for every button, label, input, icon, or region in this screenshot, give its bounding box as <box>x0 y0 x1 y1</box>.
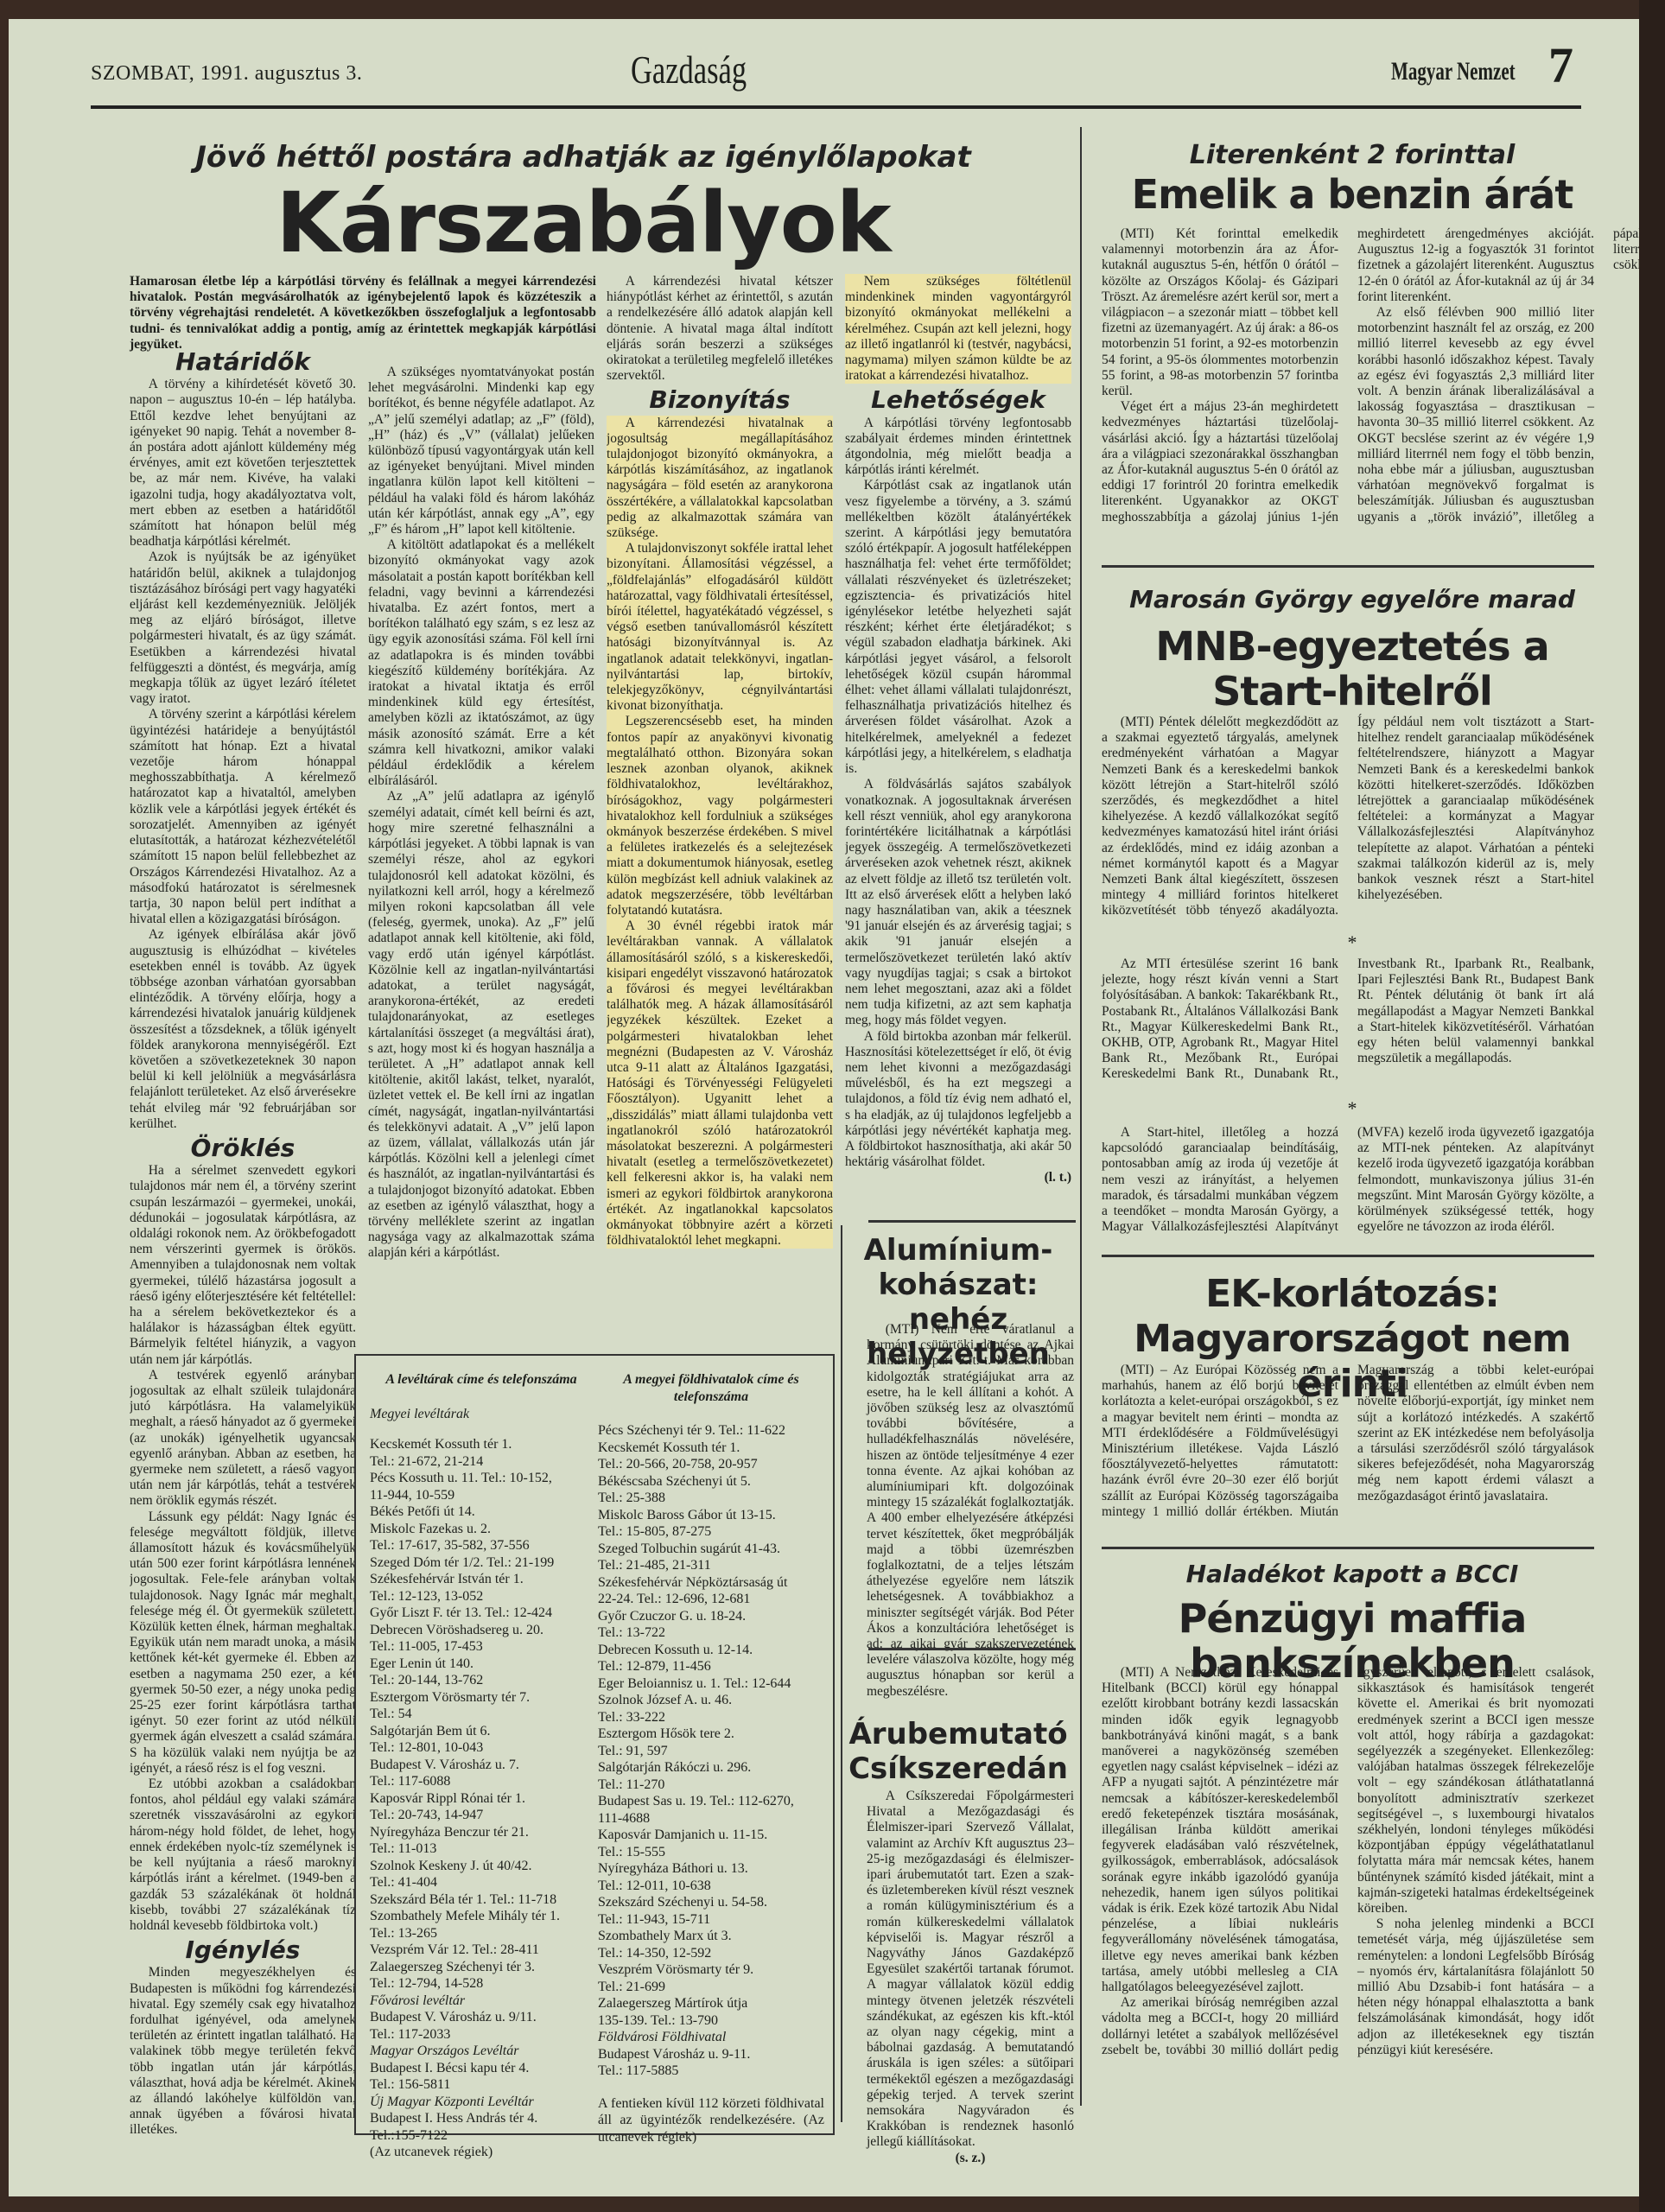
address-line: Tel.: 21-699 <box>598 1979 824 1996</box>
section-title: Gazdaság <box>631 47 747 92</box>
bcci-body: (MTI) A Nemzetközi Kereskedelmi és Hitel… <box>1102 1665 1594 2063</box>
address-line: Békéscsaba Széchenyi út 5. <box>598 1473 824 1491</box>
address-line: Tel.: 11-013 <box>370 1840 593 1858</box>
box-left-edge <box>841 1225 842 2122</box>
highlighted-paragraph: Legszerencsésebb eset, ha minden fontos … <box>607 714 833 918</box>
address-line: Tel.: 117-2033 <box>370 2026 593 2044</box>
address-line: Tel.: 12-879, 11-456 <box>598 1658 824 1675</box>
address-line: Tel.: 20-743, 14-947 <box>370 1807 593 1824</box>
signature: (l. t.) <box>845 1170 1071 1185</box>
address-line: Tel.:155-7122 <box>370 2127 593 2145</box>
address-line: Kecskemét Kossuth tér 1. <box>370 1436 593 1453</box>
address-line: Salgótarján Bem út 6. <box>370 1723 593 1740</box>
paragraph: Minden megyeszékhelyen és Budapesten is … <box>130 1965 356 2138</box>
article-divider <box>1102 1547 1594 1549</box>
address-line: Győr Liszt F. tér 13. Tel.: 12-424 <box>370 1605 593 1622</box>
land-offices-addresses: Pécs Széchenyi tér 9. Tel.: 11-622Kecske… <box>598 1422 824 2029</box>
land-offices-note: A fentieken kívül 112 körzeti földhivata… <box>598 2095 824 2146</box>
address-line: Kecskemét Kossuth tér 1. <box>598 1440 824 1457</box>
newspaper-page: SZOMBAT, 1991. augusztus 3. Gazdaság Mag… <box>9 19 1642 2196</box>
address-line: Kaposvár Damjanich u. 11-15. <box>598 1827 824 1844</box>
address-line: Szombathely Mefele Mihály tér 1. <box>370 1908 593 1925</box>
issue-date: SZOMBAT, 1991. augusztus 3. <box>91 62 362 86</box>
address-line: Pécs Széchenyi tér 9. Tel.: 11-622 <box>598 1422 824 1440</box>
paragraph: Lássunk egy példát: Nagy Ignác és felesé… <box>130 1510 356 1777</box>
address-line: 135-139. Tel.: 13-790 <box>598 2012 824 2030</box>
address-line: Szolnok József A. u. 46. <box>598 1692 824 1709</box>
land-offices-list: A megyei földhivatalok címe és telefonsz… <box>598 1371 824 2145</box>
address-line: Tel.: 11-270 <box>598 1777 824 1794</box>
highlighted-paragraph: A kárrendezési hivatalnak a jogosultság … <box>607 416 833 542</box>
address-line: Békés Petőfi út 14. <box>370 1503 593 1521</box>
address-line: Szeged Dóm tér 1/2. Tel.: 21-199 <box>370 1554 593 1572</box>
paragraph: A törvény a kihírdetését követő 30. napo… <box>130 377 356 550</box>
mnb-body-1: (MTI) Péntek délelőtt megkezdődött az a … <box>1102 715 1594 938</box>
address-line: Miskolc Baross Gábor út 13-15. <box>598 1507 824 1524</box>
address-line: Debrecen Kossuth u. 12-14. <box>598 1642 824 1659</box>
address-line: Szeged Tolbuchin sugárút 41-43. <box>598 1541 824 1558</box>
archives-subtitle: Megyei levéltárak <box>370 1406 593 1423</box>
address-line: Zalaegerszeg Széchenyi tér 3. <box>370 1959 593 1976</box>
address-line: Tel.: 91, 597 <box>598 1743 824 1760</box>
paragraph: Ha a sérelmet szenvedett egykori tulajdo… <box>130 1163 356 1368</box>
signature: (s. z.) <box>867 2151 1074 2166</box>
arubemutato-headline: Árubemutató Csíkszeredán <box>845 1717 1071 1786</box>
address-line: Tel.: 156-5811 <box>370 2076 593 2094</box>
address-line: Tel.: 20-144, 13-762 <box>370 1672 593 1689</box>
paragraph: A föld birtokba azonban már felkerül. Ha… <box>845 1029 1071 1171</box>
benzin-kicker: Literenként 2 forinttal <box>1093 140 1611 170</box>
archives-orszagos-title: Magyar Országos Levéltár <box>370 2043 593 2060</box>
section-title-igenyles: Igénylés <box>130 1942 356 1958</box>
address-line: Nyíregyháza Báthori u. 13. <box>598 1860 824 1878</box>
address-line: Tel.: 12-801, 10-043 <box>370 1739 593 1757</box>
paragraph: A Csíkszeredai Főpolgármesteri Hivatal a… <box>867 1789 1074 2151</box>
highlighted-paragraph: A 30 évnél régebbi iratok már levéltárak… <box>607 918 833 1249</box>
paragraph: A földvásárlás sajátos szabályok vonatko… <box>845 777 1071 1028</box>
masthead-rule <box>91 105 1581 109</box>
address-line: Tel.: 13-722 <box>598 1624 824 1642</box>
address-line: Budapest I. Bécsi kapu tér 4. <box>370 2060 593 2077</box>
section-title-orokles: Öröklés <box>130 1141 356 1156</box>
address-line: Tel.: 117-5885 <box>598 2063 824 2080</box>
section-title-bizonyitas: Bizonyítás <box>607 392 833 408</box>
address-line: Tel.: 15-555 <box>598 1844 824 1861</box>
article-divider <box>1102 565 1594 568</box>
archives-note: (Az utcanevek régiek) <box>370 2144 593 2161</box>
paragraph: A Start-hitel, illetőleg a hozzá kapcsol… <box>1102 1125 1594 1235</box>
paragraph: Az igények elbírálása akár jövő augusztu… <box>130 927 356 1132</box>
address-line: Tel.: 25-388 <box>598 1490 824 1507</box>
address-line: Esztergom Hősök tere 2. <box>598 1726 824 1743</box>
address-line: Tel.: 41-404 <box>370 1874 593 1891</box>
paragraph: Az „A” jelű adatlapra az igénylő személy… <box>368 789 594 1261</box>
address-line: Tel.: 117-6088 <box>370 1773 593 1790</box>
benzin-body: (MTI) Két forinttal emelkedik valamennyi… <box>1102 226 1594 537</box>
article-divider <box>1102 1255 1594 1257</box>
address-line: Szekszárd Széchenyi u. 54-58. <box>598 1894 824 1911</box>
address-line: Budapest I. Hess András tér 4. <box>370 2110 593 2127</box>
column-4: Nem szükséges föltétlenül mindenkinek mi… <box>845 274 1071 1207</box>
address-line: Tel.: 12-011, 10-638 <box>598 1878 824 1895</box>
paragraph: (MTI) A Nemzetközi Kereskedelmi és Hitel… <box>1102 1665 1338 1995</box>
address-line: Kaposvár Rippl Rónai tér 1. <box>370 1790 593 1808</box>
separator-star: * <box>1093 931 1611 954</box>
paragraph: A kárrendezési hivatal kétszer hiánypótl… <box>607 274 833 384</box>
address-line: Nyíregyháza Benczur tér 21. <box>370 1824 593 1841</box>
address-line: Tel.: 13-265 <box>370 1925 593 1942</box>
address-line: Tel.: 12-794, 14-528 <box>370 1975 593 1993</box>
address-line: Tel.: 33-222 <box>598 1709 824 1726</box>
address-line: Győr Czuczor G. u. 18-24. <box>598 1608 824 1625</box>
newspaper-name: Magyar Nemzet <box>1391 57 1516 86</box>
address-line: Szombathely Marx út 3. <box>598 1928 824 1945</box>
paragraph: Az MTI értesülése szerint 16 bank jelezt… <box>1102 957 1594 1083</box>
main-lead: Hamarosan életbe lép a kárpótlási törvén… <box>130 274 596 353</box>
archives-list: A levéltárak címe és telefonszáma Megyei… <box>370 1371 593 2161</box>
address-line: Szekszárd Béla tér 1. Tel.: 11-718 <box>370 1891 593 1909</box>
ek-body: (MTI) – Az Európai Közösség nem a marhah… <box>1102 1363 1594 1542</box>
address-line: Tel.: 11-943, 15-711 <box>598 1911 824 1929</box>
page-number: 7 <box>1548 36 1573 94</box>
paragraph: A szükséges nyomtatványokat postán lehet… <box>368 365 594 537</box>
address-line: Debrecen Vöröshadsereg u. 20. <box>370 1622 593 1639</box>
address-line: Tel.: 12-123, 13-052 <box>370 1588 593 1605</box>
address-line: Szolnok Keskeny J. út 40/42. <box>370 1858 593 1875</box>
main-headline: Kárszabályok <box>91 181 1076 264</box>
archives-fovarosi-title: Fővárosi levéltár <box>370 1993 593 2010</box>
mnb-body-2: Az MTI értesülése szerint 16 bank jelezt… <box>1102 957 1594 1086</box>
address-line: Tel.: 20-566, 20-758, 20-957 <box>598 1456 824 1473</box>
benzin-headline: Emelik a benzin árát <box>1093 175 1611 214</box>
main-kicker: Jövő héttől postára adhatják az igénylől… <box>91 140 1076 175</box>
address-line: Budapest Sas u. 19. Tel.: 112-6270, <box>598 1793 824 1810</box>
address-line: Székesfehérvár István tér 1. <box>370 1571 593 1588</box>
paragraph: A testvérek egyenlő arányban jogosultak … <box>130 1368 356 1510</box>
mnb-headline: MNB-egyeztetés a Start-hitelről <box>1093 624 1611 714</box>
highlighted-paragraph: A tulajdonviszonyt sokféle irattal lehet… <box>607 541 833 714</box>
mnb-kicker: Marosán György egyelőre marad <box>1093 585 1611 613</box>
address-line: Budapest V. Városház u. 9/11. <box>370 2009 593 2026</box>
paragraph: Kárpótlást csak az ingatlanok után vesz … <box>845 478 1071 777</box>
address-line: Budapest Városház u. 9-11. <box>598 2046 824 2063</box>
land-offices-fovarosi-title: Földvárosi Földhivatal <box>598 2029 824 2046</box>
mnb-body-3: A Start-hitel, illetőleg a hozzá kapcsol… <box>1102 1125 1594 1255</box>
address-line: Veszprém Vörösmarty tér 9. <box>598 1961 824 1979</box>
column-3: A kárrendezési hivatal kétszer hiánypótl… <box>607 274 833 1350</box>
address-line: Székesfehérvár Népköztársaság út <box>598 1574 824 1592</box>
archives-kozponti-title: Új Magyar Központi Levéltár <box>370 2094 593 2111</box>
address-line: Eger Lenin út 140. <box>370 1656 593 1673</box>
paragraph: (MTI) – Az Európai Közösség nem a marhah… <box>1102 1363 1594 1520</box>
highlighted-paragraph: Nem szükséges föltétlenül mindenkinek mi… <box>845 274 1071 384</box>
section-title-hataridok: Határidők <box>130 354 356 370</box>
paragraph: (MTI) Nem érte váratlanul a kormány csüt… <box>867 1322 1074 1700</box>
address-line: Tel.: 14-350, 12-592 <box>598 1945 824 1962</box>
section-title-lehetosegek: Lehetőségek <box>845 392 1071 408</box>
address-line: Miskolc Fazekas u. 2. <box>370 1521 593 1538</box>
paragraph: S noha jelenleg mindenki a BCCI temetésé… <box>1357 1916 1594 2058</box>
paragraph: A kárpótlási törvény legfontosabb szabál… <box>845 416 1071 479</box>
address-line: 22-24. Tel.: 12-696, 12-681 <box>598 1591 824 1608</box>
article-divider <box>868 1648 1076 1650</box>
paragraph: (MTI) Péntek délelőtt megkezdődött az a … <box>1102 715 1594 919</box>
bcci-kicker: Haladékot kapott a BCCI <box>1093 1560 1611 1588</box>
address-line: 11-944, 10-559 <box>370 1487 593 1504</box>
paragraph: A kitöltött adatlapokat és a mellékelt b… <box>368 537 594 789</box>
address-line: Tel.: 17-617, 35-582, 37-556 <box>370 1537 593 1554</box>
column-divider <box>1080 127 1082 2106</box>
address-line: Tel.: 15-805, 87-275 <box>598 1523 824 1541</box>
column-2: A szükséges nyomtatványokat postán lehet… <box>368 365 594 1350</box>
address-line: Salgótarján Rákóczi u. 296. <box>598 1759 824 1777</box>
separator-star: * <box>1093 1097 1611 1120</box>
address-line: Esztergom Vörösmarty tér 7. <box>370 1689 593 1707</box>
address-line: Tel.: 21-485, 21-311 <box>598 1557 824 1574</box>
address-line: Vezsprém Vár 12. Tel.: 28-411 <box>370 1942 593 1959</box>
address-line: Tel.: 54 <box>370 1706 593 1723</box>
land-offices-title: A megyei földhivatalok címe és telefonsz… <box>598 1371 824 1405</box>
address-line: Pécs Kossuth u. 11. Tel.: 10-152, <box>370 1470 593 1487</box>
archives-addresses: Kecskemét Kossuth tér 1.Tel.: 21-672, 21… <box>370 1436 593 1993</box>
paragraph: (MTI) Két forinttal emelkedik valamennyi… <box>1102 226 1338 399</box>
address-line: Eger Beloiannisz u. 1. Tel.: 12-644 <box>598 1675 824 1693</box>
archives-title: A levéltárak címe és telefonszáma <box>370 1371 593 1389</box>
article-divider <box>868 1220 1076 1223</box>
paragraph: A törvény szerint a kárpótlási kérelem ü… <box>130 707 356 927</box>
page-edge <box>1639 0 1665 2212</box>
paragraph: Azok is nyújtsák be az igényüket határid… <box>130 550 356 707</box>
arubemutato-body: A Csíkszeredai Főpolgármesteri Hivatal a… <box>867 1789 1074 2166</box>
address-line: Tel.: 11-005, 17-453 <box>370 1638 593 1656</box>
aluminium-body: (MTI) Nem érte váratlanul a kormány csüt… <box>867 1322 1074 1700</box>
column-1: Határidők A törvény a kihírdetését követ… <box>130 346 356 2177</box>
address-line: Tel.: 21-672, 21-214 <box>370 1453 593 1471</box>
address-line: 111-4688 <box>598 1810 824 1827</box>
address-line: Budapest V. Városház u. 7. <box>370 1757 593 1774</box>
paragraph: Ez utóbbi azokban a családokban fontos, … <box>130 1777 356 1934</box>
address-line: Zalaegerszeg Mártírok útja <box>598 1995 824 2012</box>
